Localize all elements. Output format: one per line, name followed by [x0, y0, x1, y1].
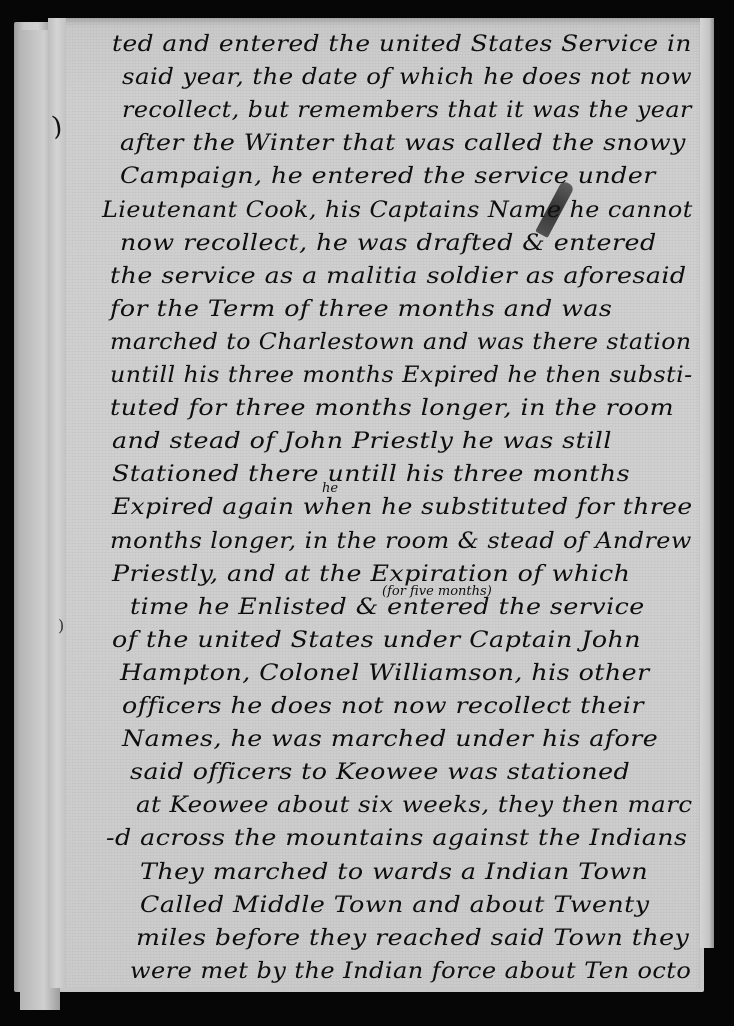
text-line: at Keowee about six weeks, they then mar… [136, 793, 692, 818]
text-line: miles before they reached said Town they [136, 926, 689, 951]
text-line: Hampton, Colonel Williamson, his other [120, 661, 650, 686]
interlinear-insertion: he [322, 481, 338, 496]
text-line: Campaign, he entered the service under [120, 164, 656, 189]
text-line: time he Enlisted & entered the service [130, 595, 645, 620]
text-line: for the Term of three months and was [110, 297, 612, 322]
text-line: said officers to Keowee was stationed [130, 760, 630, 785]
text-line: were met by the Indian force about Ten o… [130, 959, 691, 984]
text-line: Stationed there untill his three months [112, 462, 630, 487]
text-line: said year, the date of which he does not… [122, 65, 692, 90]
text-line: the service as a malitia soldier as afor… [110, 264, 687, 289]
text-line: and stead of John Priestly he was still [112, 429, 612, 454]
text-line: officers he does not now recollect their [122, 694, 644, 719]
page-fold [48, 18, 66, 988]
text-line: Expired again when he substituted for th… [112, 495, 693, 520]
text-line: now recollect, he was drafted & entered [120, 231, 657, 256]
text-line: ted and entered the united States Servic… [112, 32, 692, 57]
text-line: Names, he was marched under his afore [122, 727, 658, 752]
text-line: They marched to wards a Indian Town [140, 860, 648, 885]
text-line: of the united States under Captain John [112, 628, 641, 653]
text-line: after the Winter that was called the sno… [120, 131, 686, 156]
text-line: marched to Charlestown and was there sta… [110, 330, 692, 355]
text-line: Priestly, and at the Expiration of which [112, 562, 630, 587]
text-line: Lieutenant Cook, his Captains Name he ca… [102, 198, 693, 223]
text-line: recollect, but remembers that it was the… [122, 98, 692, 123]
text-line: Called Middle Town and about Twenty [140, 893, 650, 918]
text-line: tuted for three months longer, in the ro… [110, 396, 674, 421]
margin-bracket-mark-lower: ) [58, 616, 64, 635]
text-line: months longer, in the room & stead of An… [110, 529, 692, 554]
text-line: untill his three months Expired he then … [110, 363, 693, 388]
text-line: -d across the mountains against the Indi… [106, 826, 687, 851]
document-scan: ) ) ted and entered the united States Se… [0, 0, 734, 1026]
